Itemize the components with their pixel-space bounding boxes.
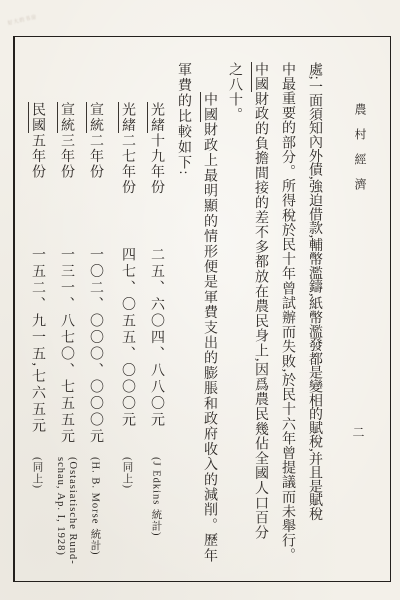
body-column-3: 中國財政的負擔間接的差不多都放在農民身上,因爲農民幾佔全國人口百分 <box>250 62 270 583</box>
year-label: 光緒十九年份 <box>146 102 166 195</box>
proper-name-mark: 中國 <box>200 92 217 122</box>
year-label-text: 十九年份 <box>149 133 164 195</box>
amount-value: 四七、〇五五、〇〇〇元 <box>117 247 137 429</box>
body-column-6: 軍費的比較如下: <box>173 62 193 583</box>
body-column-5-text: 財政上最明顯的情形便是軍費支出的膨脹和政府收入的減削。歷年 <box>202 122 217 563</box>
margin-title: 農村經濟 <box>345 103 369 203</box>
era-name-mark: 光緒 <box>147 102 164 133</box>
citation-line-2: schau, Ap. I, 1928) <box>54 457 66 565</box>
citation: (H. B. Morse 統計) <box>88 457 103 556</box>
year-label: 民國五年份 <box>27 102 47 180</box>
year-label-text: 二七年份 <box>120 133 135 195</box>
proper-name-mark: 中國 <box>251 62 268 92</box>
expense-entry-guangxu-19: 光緒十九年份 二五、六〇四、八八〇元 (J Edkins 統計) <box>146 62 166 583</box>
era-name-mark: 宣統 <box>86 102 103 133</box>
year-label-text: 五年份 <box>30 133 45 180</box>
body-column-1: 處;一面須知內外債,強迫借款,輔幣濫鑄,紙幣濫發都是變相的賦稅,并且是賦稅 <box>304 62 324 583</box>
expense-entry-xuantong-2: 宣統二年份 一〇二、〇〇〇、〇〇〇元 (H. B. Morse 統計) <box>85 62 105 583</box>
era-name-mark: 光緒 <box>118 102 135 133</box>
amount-value: 一〇二、〇〇〇、〇〇〇元 <box>85 247 105 445</box>
citation-line-1: (Ostasiatische Rund- <box>66 457 78 565</box>
citation: (同上) <box>30 457 45 489</box>
expense-entry-guangxu-27: 光緒二七年份 四七、〇五五、〇〇〇元 (同上) <box>117 62 137 583</box>
scanned-book-page: 好大的书房 農村經濟 二 處;一面須知內外債,強迫借款,輔幣濫鑄,紙幣濫發都是變… <box>0 0 400 600</box>
body-column-2: 中最重要的部分。所得稅於民十年曾試辦而失敗,於民十六年曾提議而未舉行。 <box>277 62 297 583</box>
citation: (J Edkins 統計) <box>149 457 164 537</box>
year-label-text: 三年份 <box>59 133 74 180</box>
body-column-3-text: 財政的負擔間接的差不多都放在農民身上,因爲農民幾佔全國人口百分 <box>253 92 268 540</box>
amount-value: 二五、六〇四、八八〇元 <box>146 247 166 429</box>
watermark: 好大的书房 <box>7 13 38 27</box>
citation-two-line: (Ostasiatische Rund-schau, Ap. I, 1928) <box>54 457 78 565</box>
amount-value: 一三一、八七〇、七五五元 <box>56 247 76 445</box>
year-label: 宣統二年份 <box>85 102 105 180</box>
citation: (同上) <box>120 457 135 489</box>
page-number: 二 <box>347 426 367 438</box>
year-label-text: 二年份 <box>88 133 103 180</box>
amount-value: 一五二、九一五,七六五元 <box>27 247 47 435</box>
year-label: 宣統三年份 <box>56 102 76 180</box>
era-name-mark: 民國 <box>28 102 45 133</box>
body-column-5: 中國財政上最明顯的情形便是軍費支出的膨脹和政府收入的減削。歷年 <box>199 62 219 583</box>
year-label: 光緒二七年份 <box>117 102 137 195</box>
expense-entry-minguo-5: 民國五年份 一五二、九一五,七六五元 (同上) <box>27 62 47 583</box>
expense-entry-xuantong-3: 宣統三年份 一三一、八七〇、七五五元 (Ostasiatische Rund-s… <box>56 62 76 583</box>
era-name-mark: 宣統 <box>57 102 74 133</box>
body-column-4: 之八十。 <box>224 62 244 583</box>
